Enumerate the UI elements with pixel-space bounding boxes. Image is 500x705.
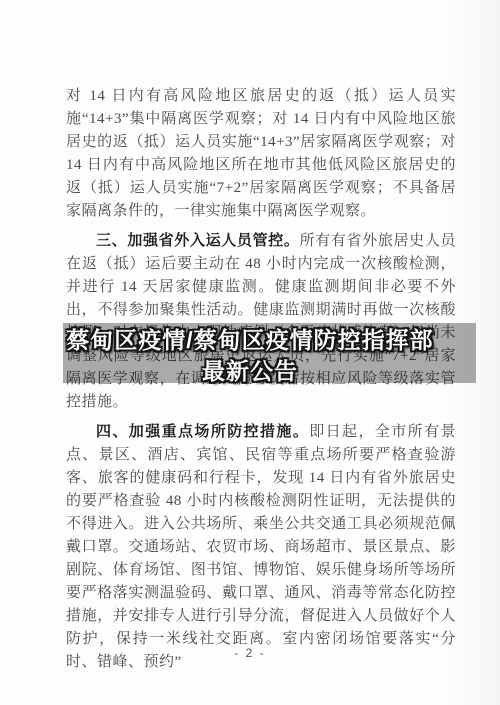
paragraph: 对 14 日内有高风险地区旅居史的返（抵）运人员实施“14+3”集中隔离医学观察… <box>66 84 456 223</box>
section-heading: 四、加强重点场所防控措施。 <box>96 423 309 440</box>
caption-title-line-1: 蔡甸区疫情/蔡甸区疫情防控指挥部 <box>0 325 500 356</box>
paragraph-text: 对 14 日内有高风险地区旅居史的返（抵）运人员实施“14+3”集中隔离医学观察… <box>66 88 456 219</box>
paragraph: 四、加强重点场所防控措施。即日起，全市所有景点、景区、酒店、宾馆、民宿等重点场所… <box>66 420 456 674</box>
page-number: - 2 - <box>0 646 500 660</box>
caption-title-line-2: 最新公告 <box>0 356 500 387</box>
section-heading: 三、加强省外入运人员管控。 <box>96 232 300 249</box>
paragraph-text: 即日起，全市所有景点、景区、酒店、宾馆、民宿等重点场所要严格查验游客、旅客的健康… <box>66 424 456 670</box>
scanned-document-page: 对 14 日内有高风险地区旅居史的返（抵）运人员实施“14+3”集中隔离医学观察… <box>0 0 500 705</box>
caption-title: 蔡甸区疫情/蔡甸区疫情防控指挥部 最新公告 <box>0 325 500 387</box>
